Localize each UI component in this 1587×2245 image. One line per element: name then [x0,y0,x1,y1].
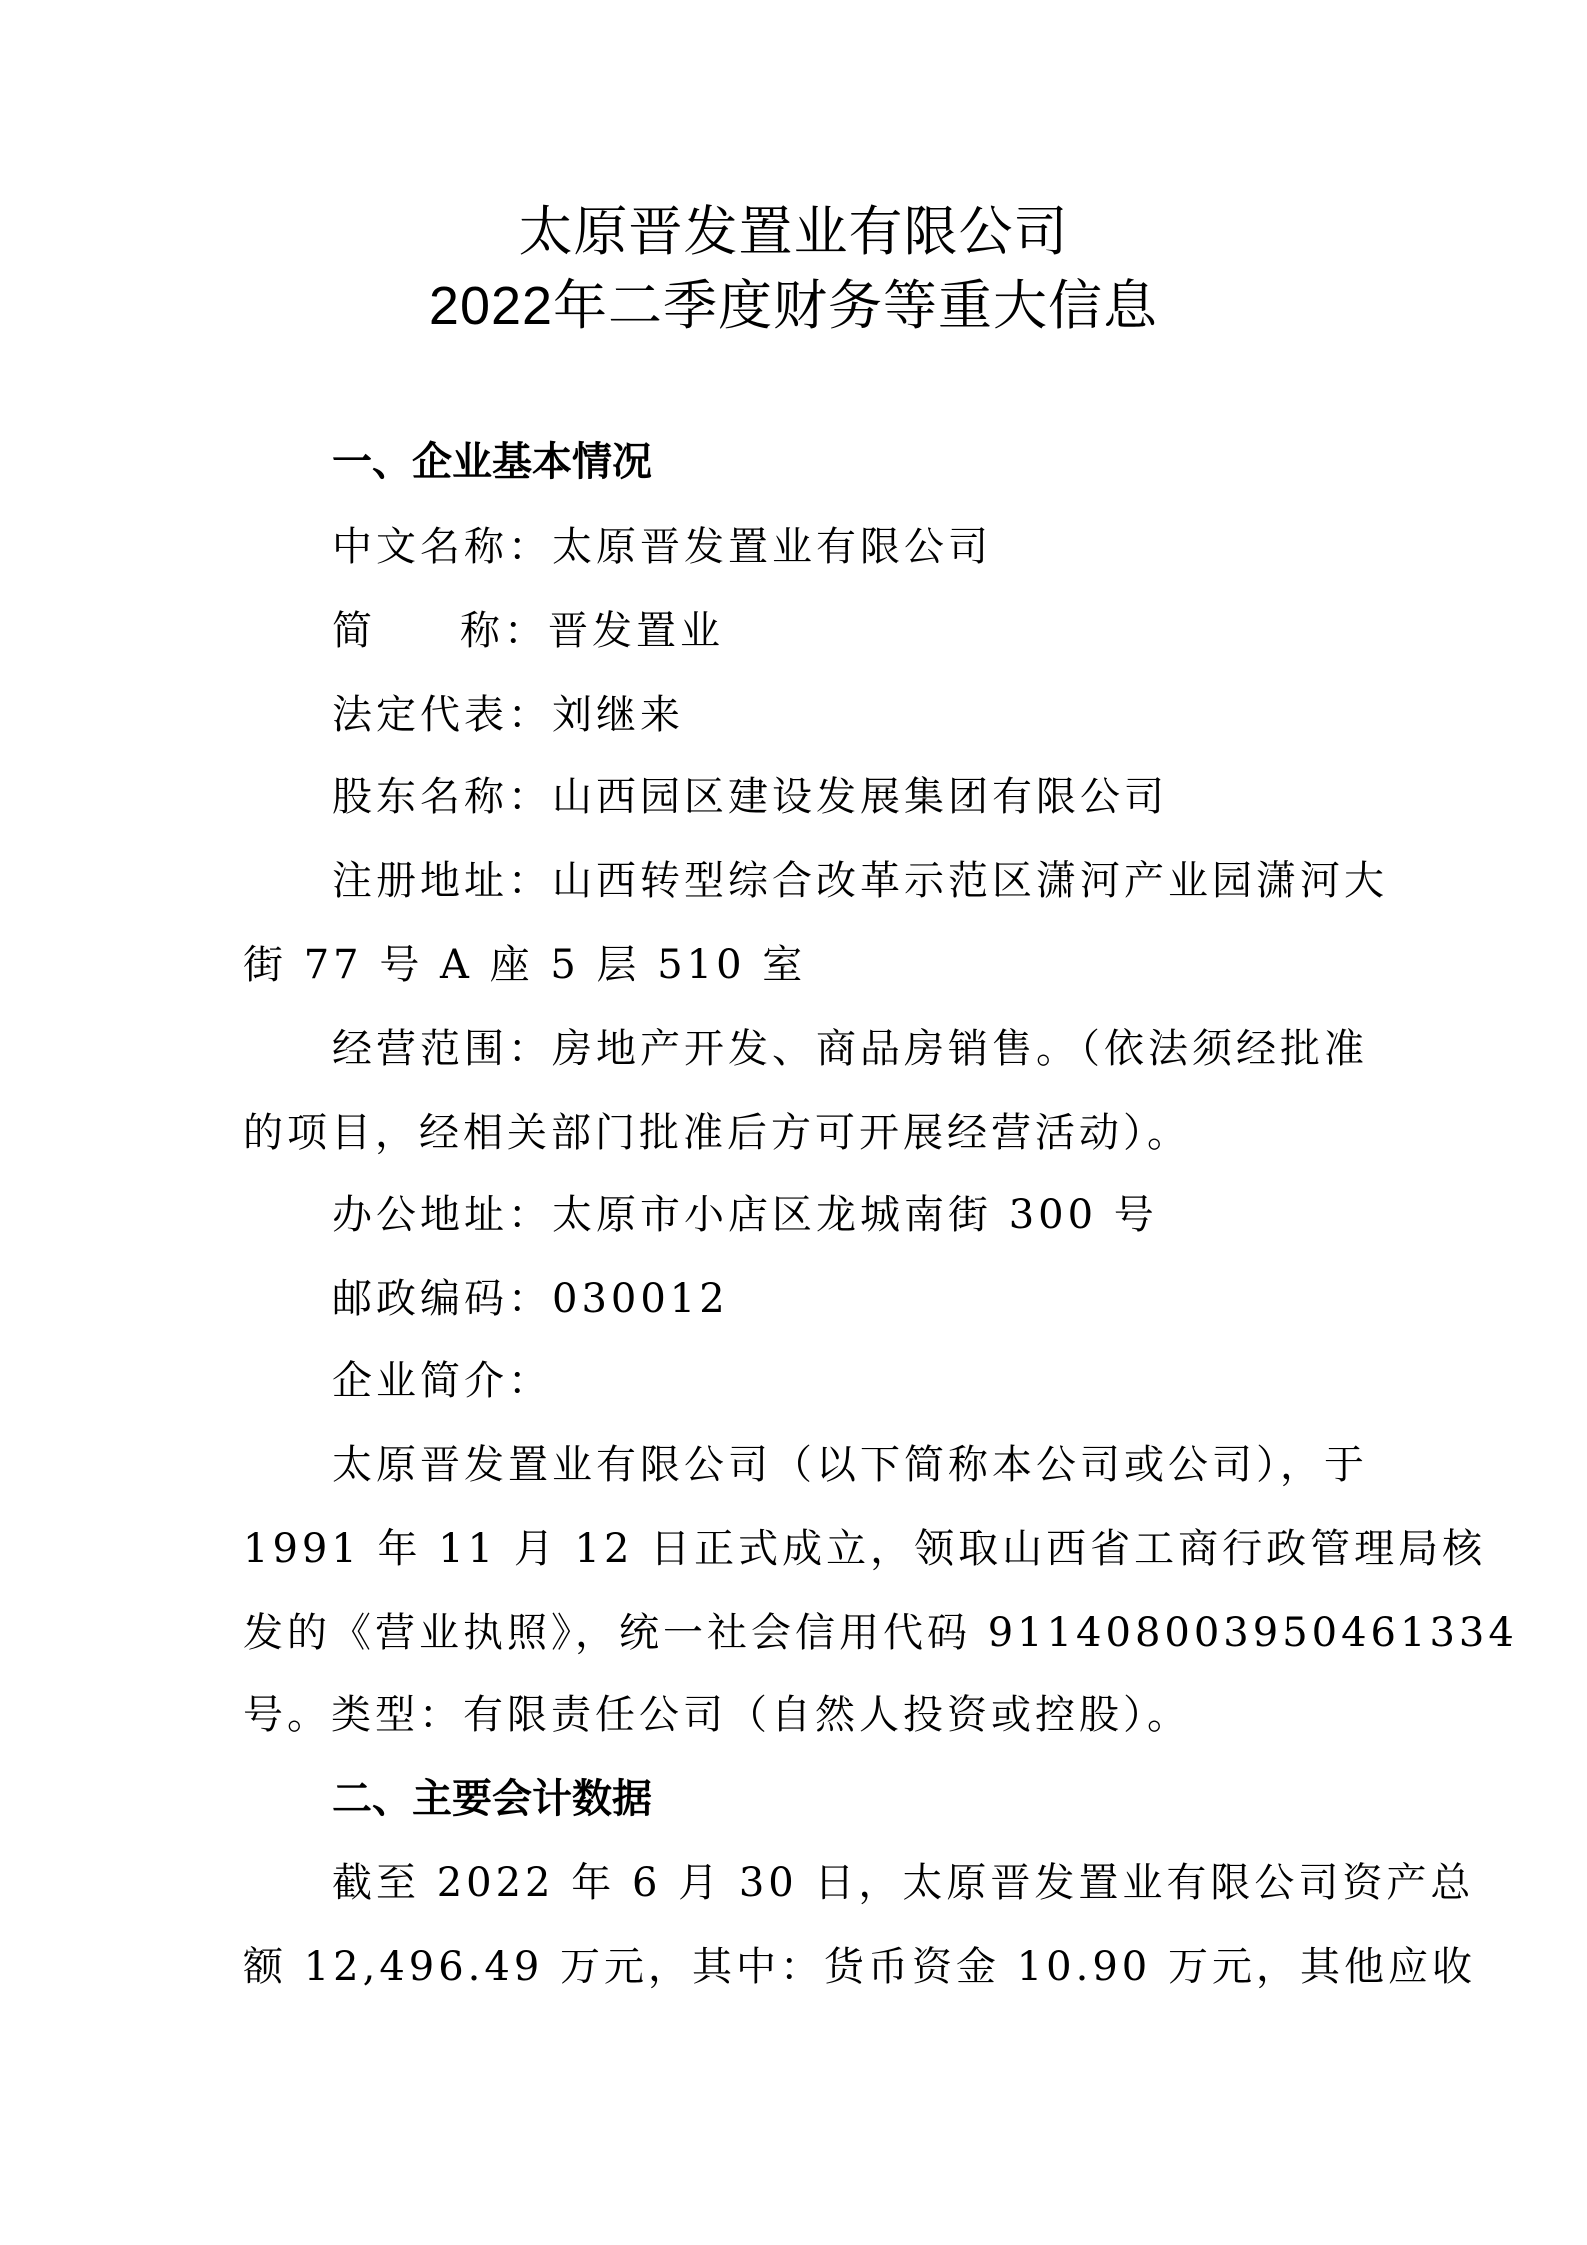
field-label: 股东名称： [332,772,552,822]
field-value: 房地产开发、商品房销售。（依法须经批准 [552,1026,1368,1072]
profile-paragraph-line: 发的《营业执照》，统一社会信用代码 911408003950461334 [243,1608,1518,1658]
field-chinese-name: 中文名称：太原晋发置业有限公司 [332,522,992,572]
field-value: 太原市小店区龙城南街 300 号 [552,1192,1158,1238]
accounting-paragraph-line: 截至 2022 年 6 月 30 日，太原晋发置业有限公司资产总 [332,1858,1474,1908]
section-heading-accounting-data: 二、主要会计数据 [332,1774,652,1824]
field-legal-representative: 法定代表：刘继来 [332,690,684,740]
field-label: 法定代表： [332,690,552,740]
field-business-scope: 经营范围：房地产开发、商品房销售。（依法须经批准 [332,1024,1368,1074]
field-value: 刘继来 [552,692,684,738]
profile-paragraph-line: 号。类型：有限责任公司（自然人投资或控股）。 [243,1690,1191,1740]
field-office-address: 办公地址：太原市小店区龙城南街 300 号 [332,1190,1158,1240]
field-value: 太原晋发置业有限公司 [552,524,992,570]
field-company-profile-label: 企业简介： [332,1356,552,1406]
section-heading-basic-info: 一、企业基本情况 [332,437,652,487]
field-value: 晋发置业 [548,608,724,654]
field-label: 经营范围： [332,1024,552,1074]
profile-paragraph-line: 1991 年 11 月 12 日正式成立，领取山西省工商行政管理局核 [243,1524,1486,1574]
accounting-paragraph-line: 额 12,496.49 万元，其中：货币资金 10.90 万元，其他应收 [243,1942,1476,1992]
field-value: 山西转型综合改革示范区潇河产业园潇河大 [552,858,1388,904]
field-label: 办公地址： [332,1190,552,1240]
field-business-scope-cont: 的项目，经相关部门批准后方可开展经营活动）。 [243,1108,1191,1158]
field-label: 中文名称： [332,522,552,572]
profile-paragraph-line: 太原晋发置业有限公司（以下简称本公司或公司），于 [332,1440,1368,1490]
field-shareholder: 股东名称：山西园区建设发展集团有限公司 [332,772,1168,822]
field-short-name: 简称：晋发置业 [332,606,724,656]
field-value: 030012 [552,1276,729,1322]
field-label: 注册地址： [332,856,552,906]
field-registered-address-cont: 街 77 号 A 座 5 层 510 室 [243,940,806,990]
field-postal-code: 邮政编码：030012 [332,1274,729,1324]
field-value: 山西园区建设发展集团有限公司 [552,774,1168,820]
field-label-part2: 称： [460,606,548,656]
document-title-line2: 2022年二季度财务等重大信息 [0,270,1587,342]
field-label: 邮政编码： [332,1274,552,1324]
field-label-part1: 简 [332,606,376,656]
field-registered-address: 注册地址：山西转型综合改革示范区潇河产业园潇河大 [332,856,1388,906]
document-page: 太原晋发置业有限公司 2022年二季度财务等重大信息 一、企业基本情况 中文名称… [0,0,1587,2245]
document-title-line1: 太原晋发置业有限公司 [0,196,1587,268]
